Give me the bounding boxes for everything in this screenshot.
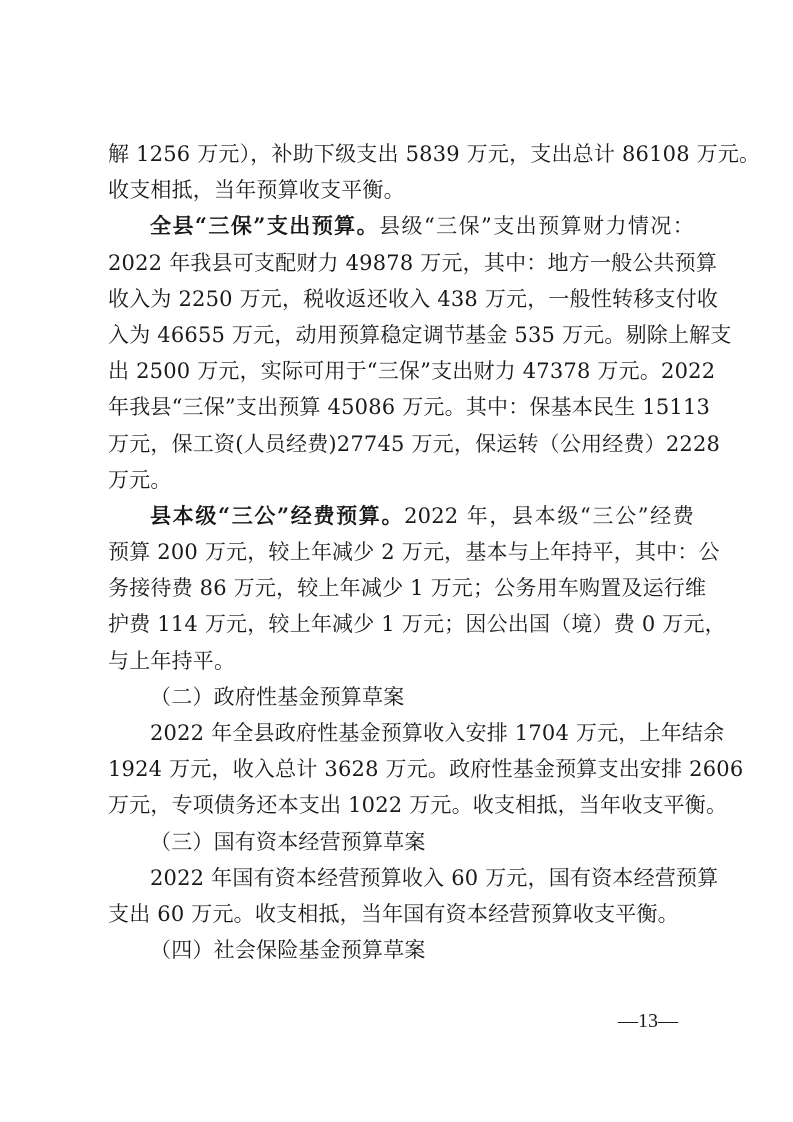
page-number: —13—: [618, 1010, 678, 1033]
paragraph-general-budget-continuation: 解 1256 万元），补助下级支出 5839 万元，支出总计 86108 万元。…: [108, 136, 694, 208]
paragraph-state-capital-budget: 2022 年国有资本经营预算收入 60 万元，国有资本经营预算 支出 60 万元…: [108, 860, 694, 932]
section-heading-social-insurance-fund-budget: （四）社会保险基金预算草案: [108, 932, 694, 968]
text-line: 收支相抵，当年预算收支平衡。: [108, 172, 694, 208]
paragraph-government-fund-budget: 2022 年全县政府性基金预算收入安排 1704 万元，上年结余 1924 万元…: [108, 715, 694, 824]
document-page: 解 1256 万元），补助下级支出 5839 万元，支出总计 86108 万元。…: [108, 136, 694, 968]
section-heading-government-fund-budget: （二）政府性基金预算草案: [108, 679, 694, 715]
text-line: 与上年持平。: [108, 643, 694, 679]
text-line: 县本级“三公”经费预算。2022 年，县本级“三公”经费: [108, 498, 694, 534]
text-line: 万元。: [108, 462, 694, 498]
text-line: 出 2500 万元，实际可用于“三保”支出财力 47378 万元。2022: [108, 353, 694, 389]
text-line: 1924 万元，收入总计 3628 万元。政府性基金预算支出安排 2606: [108, 751, 694, 787]
text-line: 2022 年全县政府性基金预算收入安排 1704 万元，上年结余: [108, 715, 694, 751]
text-line: 2022 年国有资本经营预算收入 60 万元，国有资本经营预算: [108, 860, 694, 896]
text-line: 护费 114 万元，较上年减少 1 万元；因公出国（境）费 0 万元，: [108, 606, 694, 642]
text-line: 收入为 2250 万元，税收返还收入 438 万元，一般性转移支付收: [108, 281, 694, 317]
paragraph-lead-heading: 全县“三保”支出预算。: [150, 213, 379, 238]
text-line: 预算 200 万元，较上年减少 2 万元，基本与上年持平，其中：公: [108, 534, 694, 570]
paragraph-three-public-expenses: 县本级“三公”经费预算。2022 年，县本级“三公”经费 预算 200 万元，较…: [108, 498, 694, 679]
section-heading-state-capital-budget: （三）国有资本经营预算草案: [108, 824, 694, 860]
text-line: 务接待费 86 万元，较上年减少 1 万元；公务用车购置及运行维: [108, 570, 694, 606]
paragraph-three-guarantees-budget: 全县“三保”支出预算。县级“三保”支出预算财力情况： 2022 年我县可支配财力…: [108, 208, 694, 498]
text-line: 年我县“三保”支出预算 45086 万元。其中：保基本民生 15113: [108, 389, 694, 425]
text-line: 2022 年我县可支配财力 49878 万元，其中：地方一般公共预算: [108, 245, 694, 281]
text-line: 全县“三保”支出预算。县级“三保”支出预算财力情况：: [108, 208, 694, 244]
text-line: 解 1256 万元），补助下级支出 5839 万元，支出总计 86108 万元。: [108, 136, 694, 172]
text-line: 入为 46655 万元，动用预算稳定调节基金 535 万元。剔除上解支: [108, 317, 694, 353]
paragraph-lead-heading: 县本级“三公”经费预算。: [150, 503, 404, 528]
text-line: 万元，保工资(人员经费)27745 万元，保运转（公用经费）2228: [108, 426, 694, 462]
text-run: 县级“三保”支出预算财力情况：: [379, 214, 694, 238]
text-run: 2022 年，县本级“三公”经费: [404, 504, 694, 528]
text-line: 支出 60 万元。收支相抵，当年国有资本经营预算收支平衡。: [108, 896, 694, 932]
text-line: 万元，专项债务还本支出 1022 万元。收支相抵，当年收支平衡。: [108, 787, 694, 823]
